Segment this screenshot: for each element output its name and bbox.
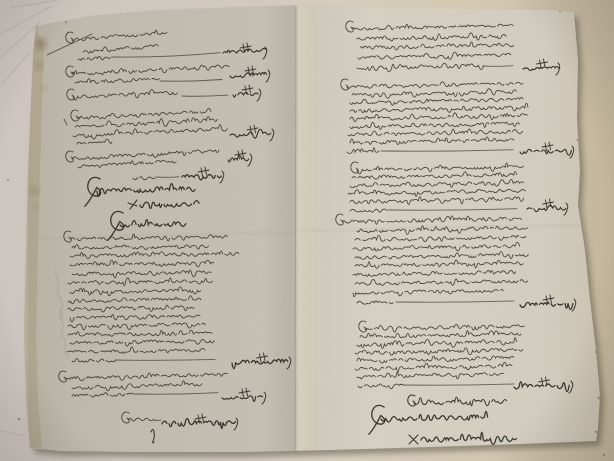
manuscript-scene [0, 0, 614, 461]
photo-of-manuscript [0, 0, 614, 461]
photo-vignette [0, 0, 614, 461]
